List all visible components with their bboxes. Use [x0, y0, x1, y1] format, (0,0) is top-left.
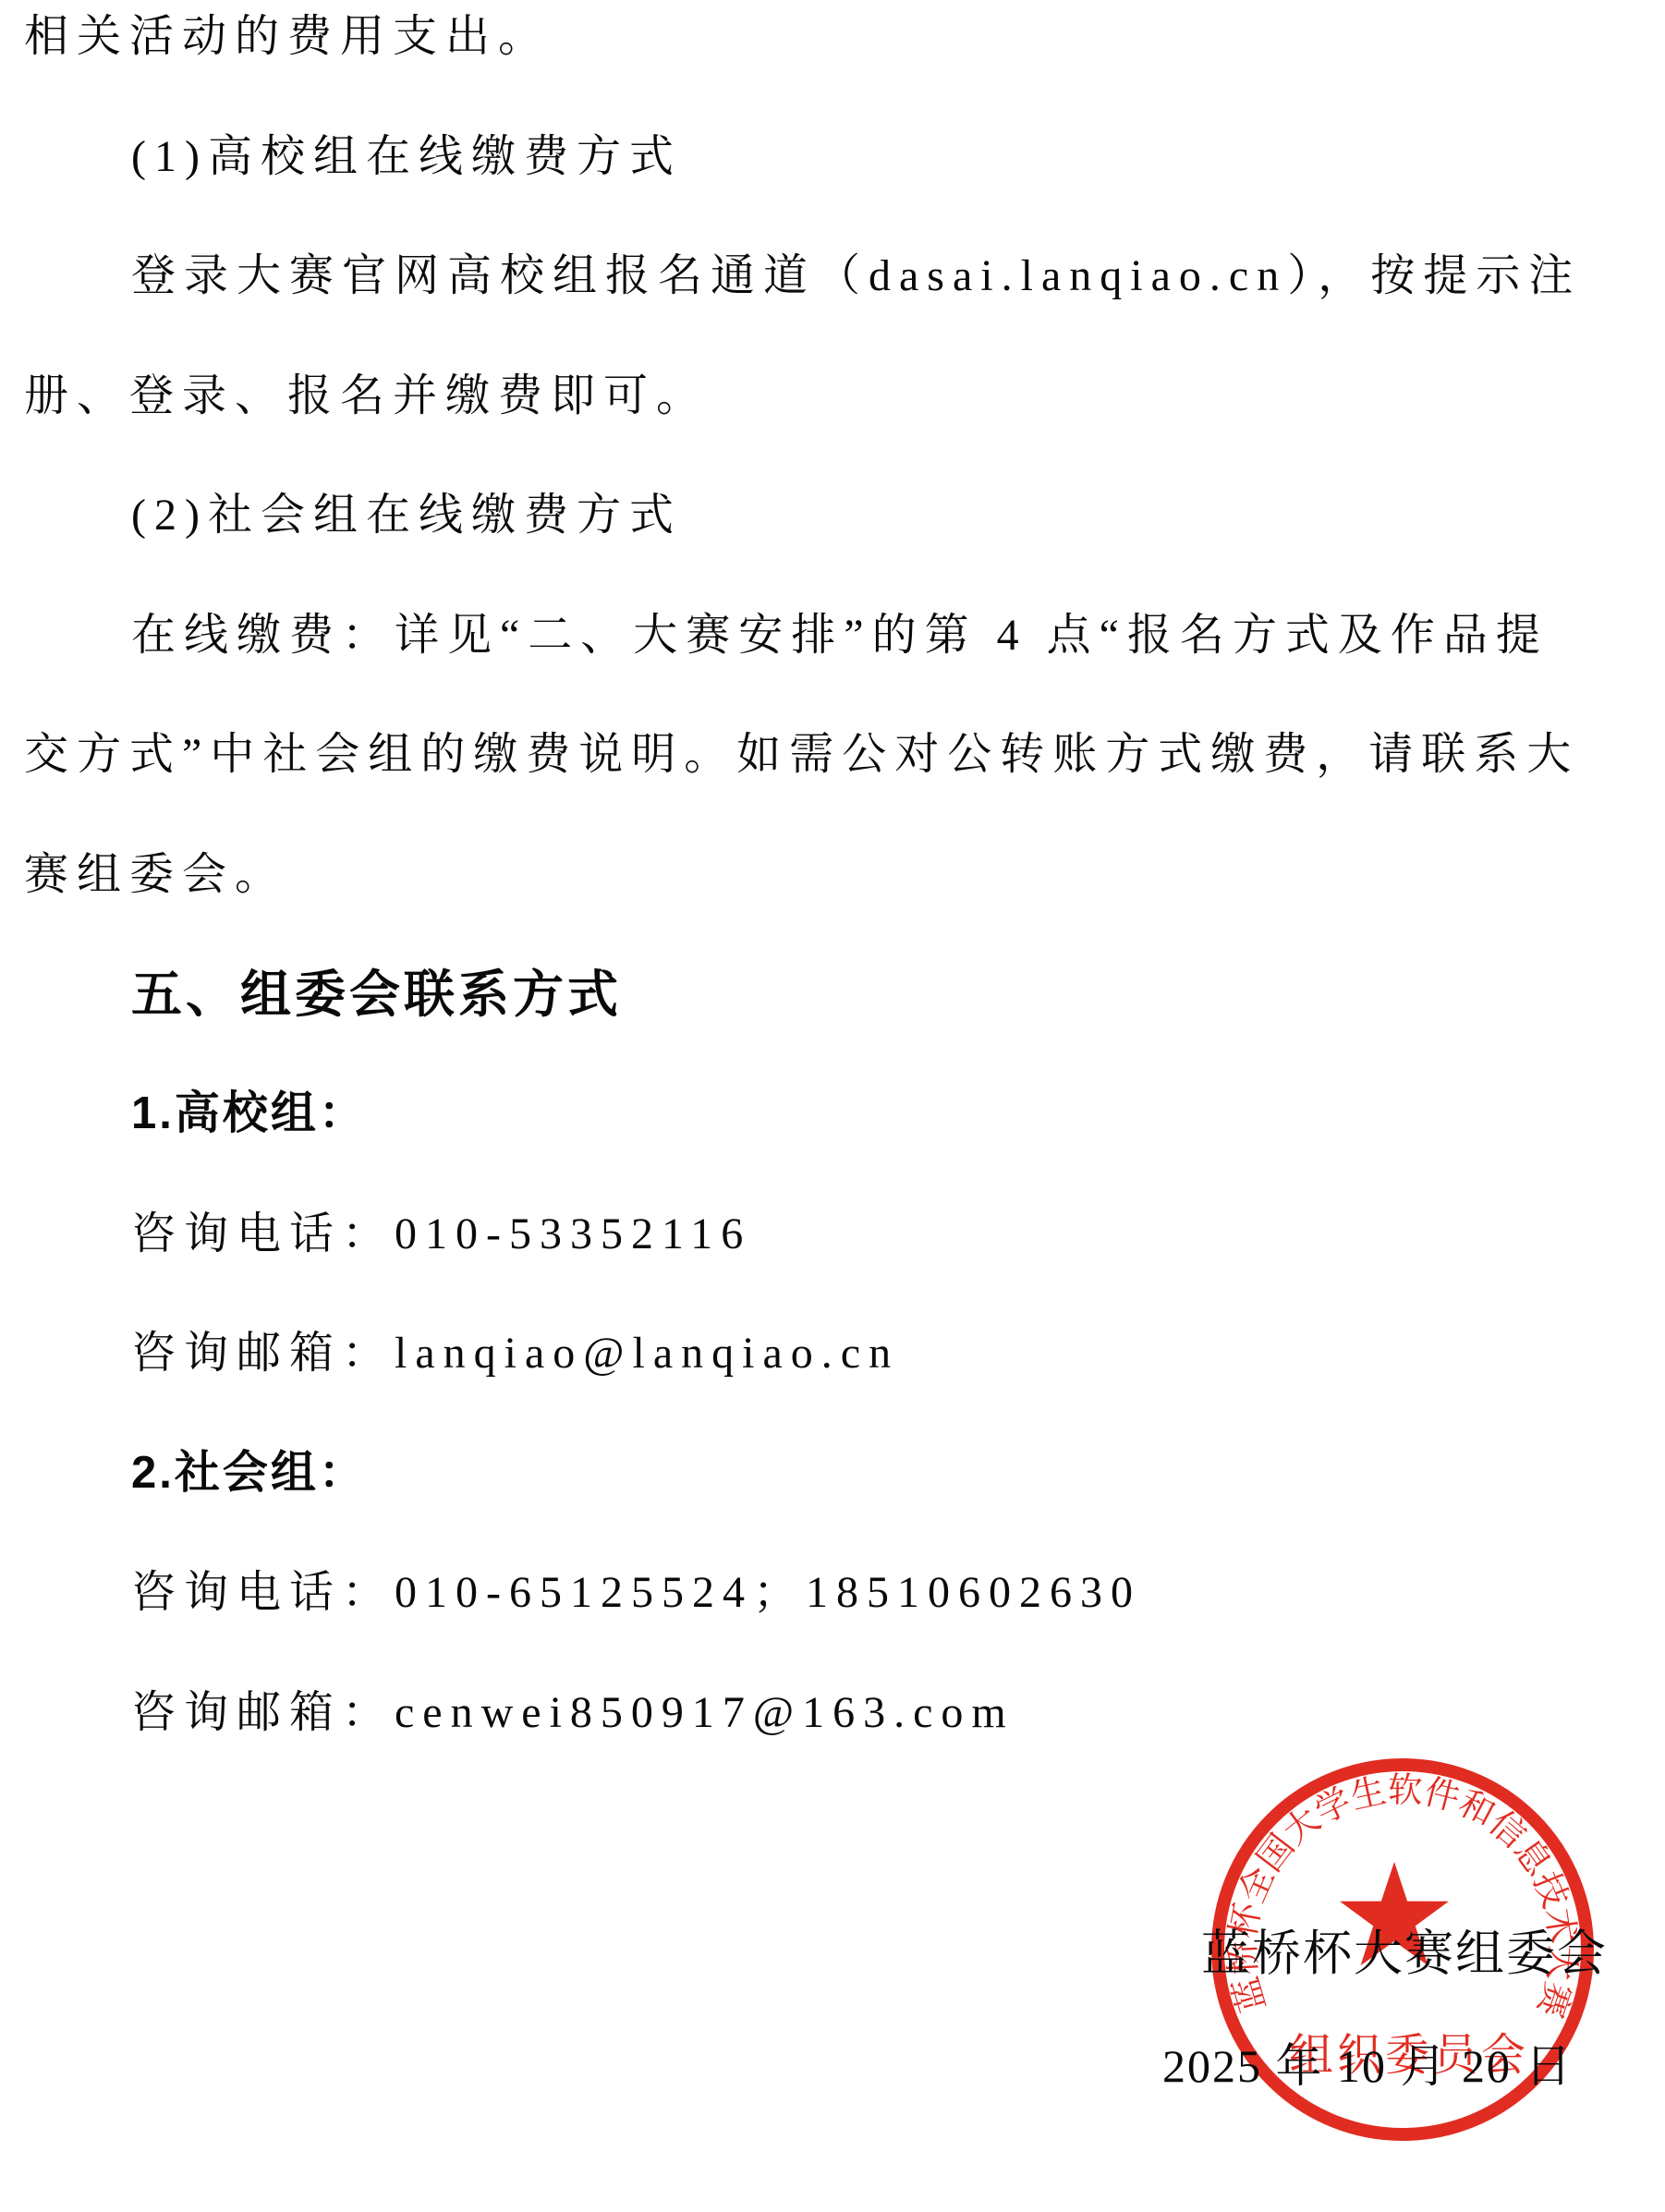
- document-page: 相关活动的费用支出。(1)高校组在线缴费方式登录大赛官网高校组报名通道（dasa…: [0, 0, 1665, 2212]
- signature-org: 蓝桥杯大赛组委会: [1201, 1914, 1608, 1985]
- section-heading: 五、组委会联系方式: [24, 934, 1643, 1054]
- signature-date: 2025 年 10 月 20 日: [1162, 2029, 1574, 2096]
- sub-heading: 2.社会组：: [24, 1414, 1643, 1534]
- text-line: (2)社会组在线缴费方式: [24, 456, 1643, 576]
- text-line: 相关活动的费用支出。: [24, 0, 1643, 97]
- text-line: 交方式”中社会组的缴费说明。如需公对公转账方式缴费，请联系大: [24, 695, 1643, 815]
- text-line: 咨询电话：010-53352116: [24, 1174, 1643, 1294]
- text-line: (1)高校组在线缴费方式: [24, 97, 1643, 217]
- sub-heading: 1.高校组：: [24, 1054, 1643, 1174]
- text-line: 登录大赛官网高校组报名通道（dasai.lanqiao.cn），按提示注: [24, 216, 1643, 336]
- text-line: 赛组委会。: [24, 815, 1643, 935]
- text-line: 册、登录、报名并缴费即可。: [24, 336, 1643, 456]
- text-line: 在线缴费：详见“二、大赛安排”的第 4 点“报名方式及作品提: [24, 576, 1643, 696]
- text-line: 咨询电话：010-65125524；18510602630: [24, 1533, 1643, 1653]
- text-line: 咨询邮箱：lanqiao@lanqiao.cn: [24, 1294, 1643, 1414]
- body-lines: 相关活动的费用支出。(1)高校组在线缴费方式登录大赛官网高校组报名通道（dasa…: [24, 0, 1643, 1772]
